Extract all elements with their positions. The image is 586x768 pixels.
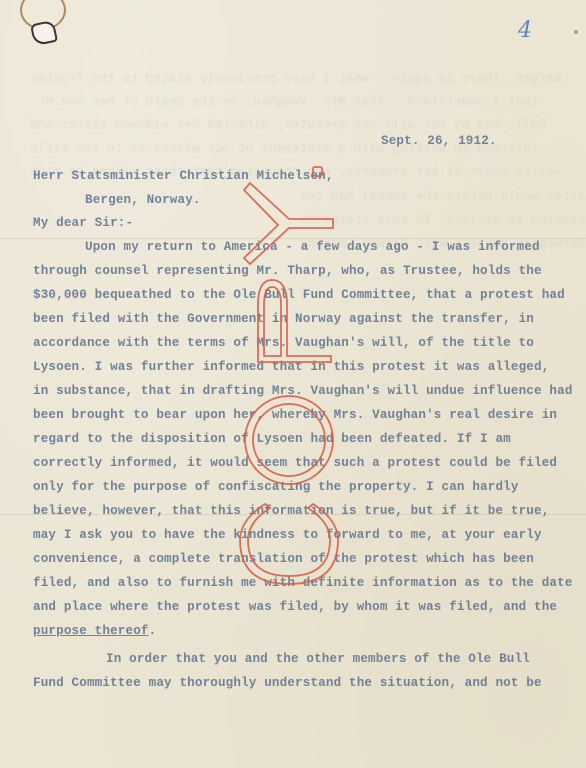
stamp-letter-o-inner (253, 404, 325, 476)
letter-page: Bergen. There is again - what I have pre… (0, 0, 586, 768)
copy-stamp (0, 0, 586, 768)
stamp-square-mark (313, 167, 322, 176)
stamp-letter-p (258, 280, 331, 362)
stamp-letter-y (244, 183, 333, 264)
stamp-letter-c (240, 504, 338, 584)
stamp-letter-o-outer (245, 396, 333, 484)
